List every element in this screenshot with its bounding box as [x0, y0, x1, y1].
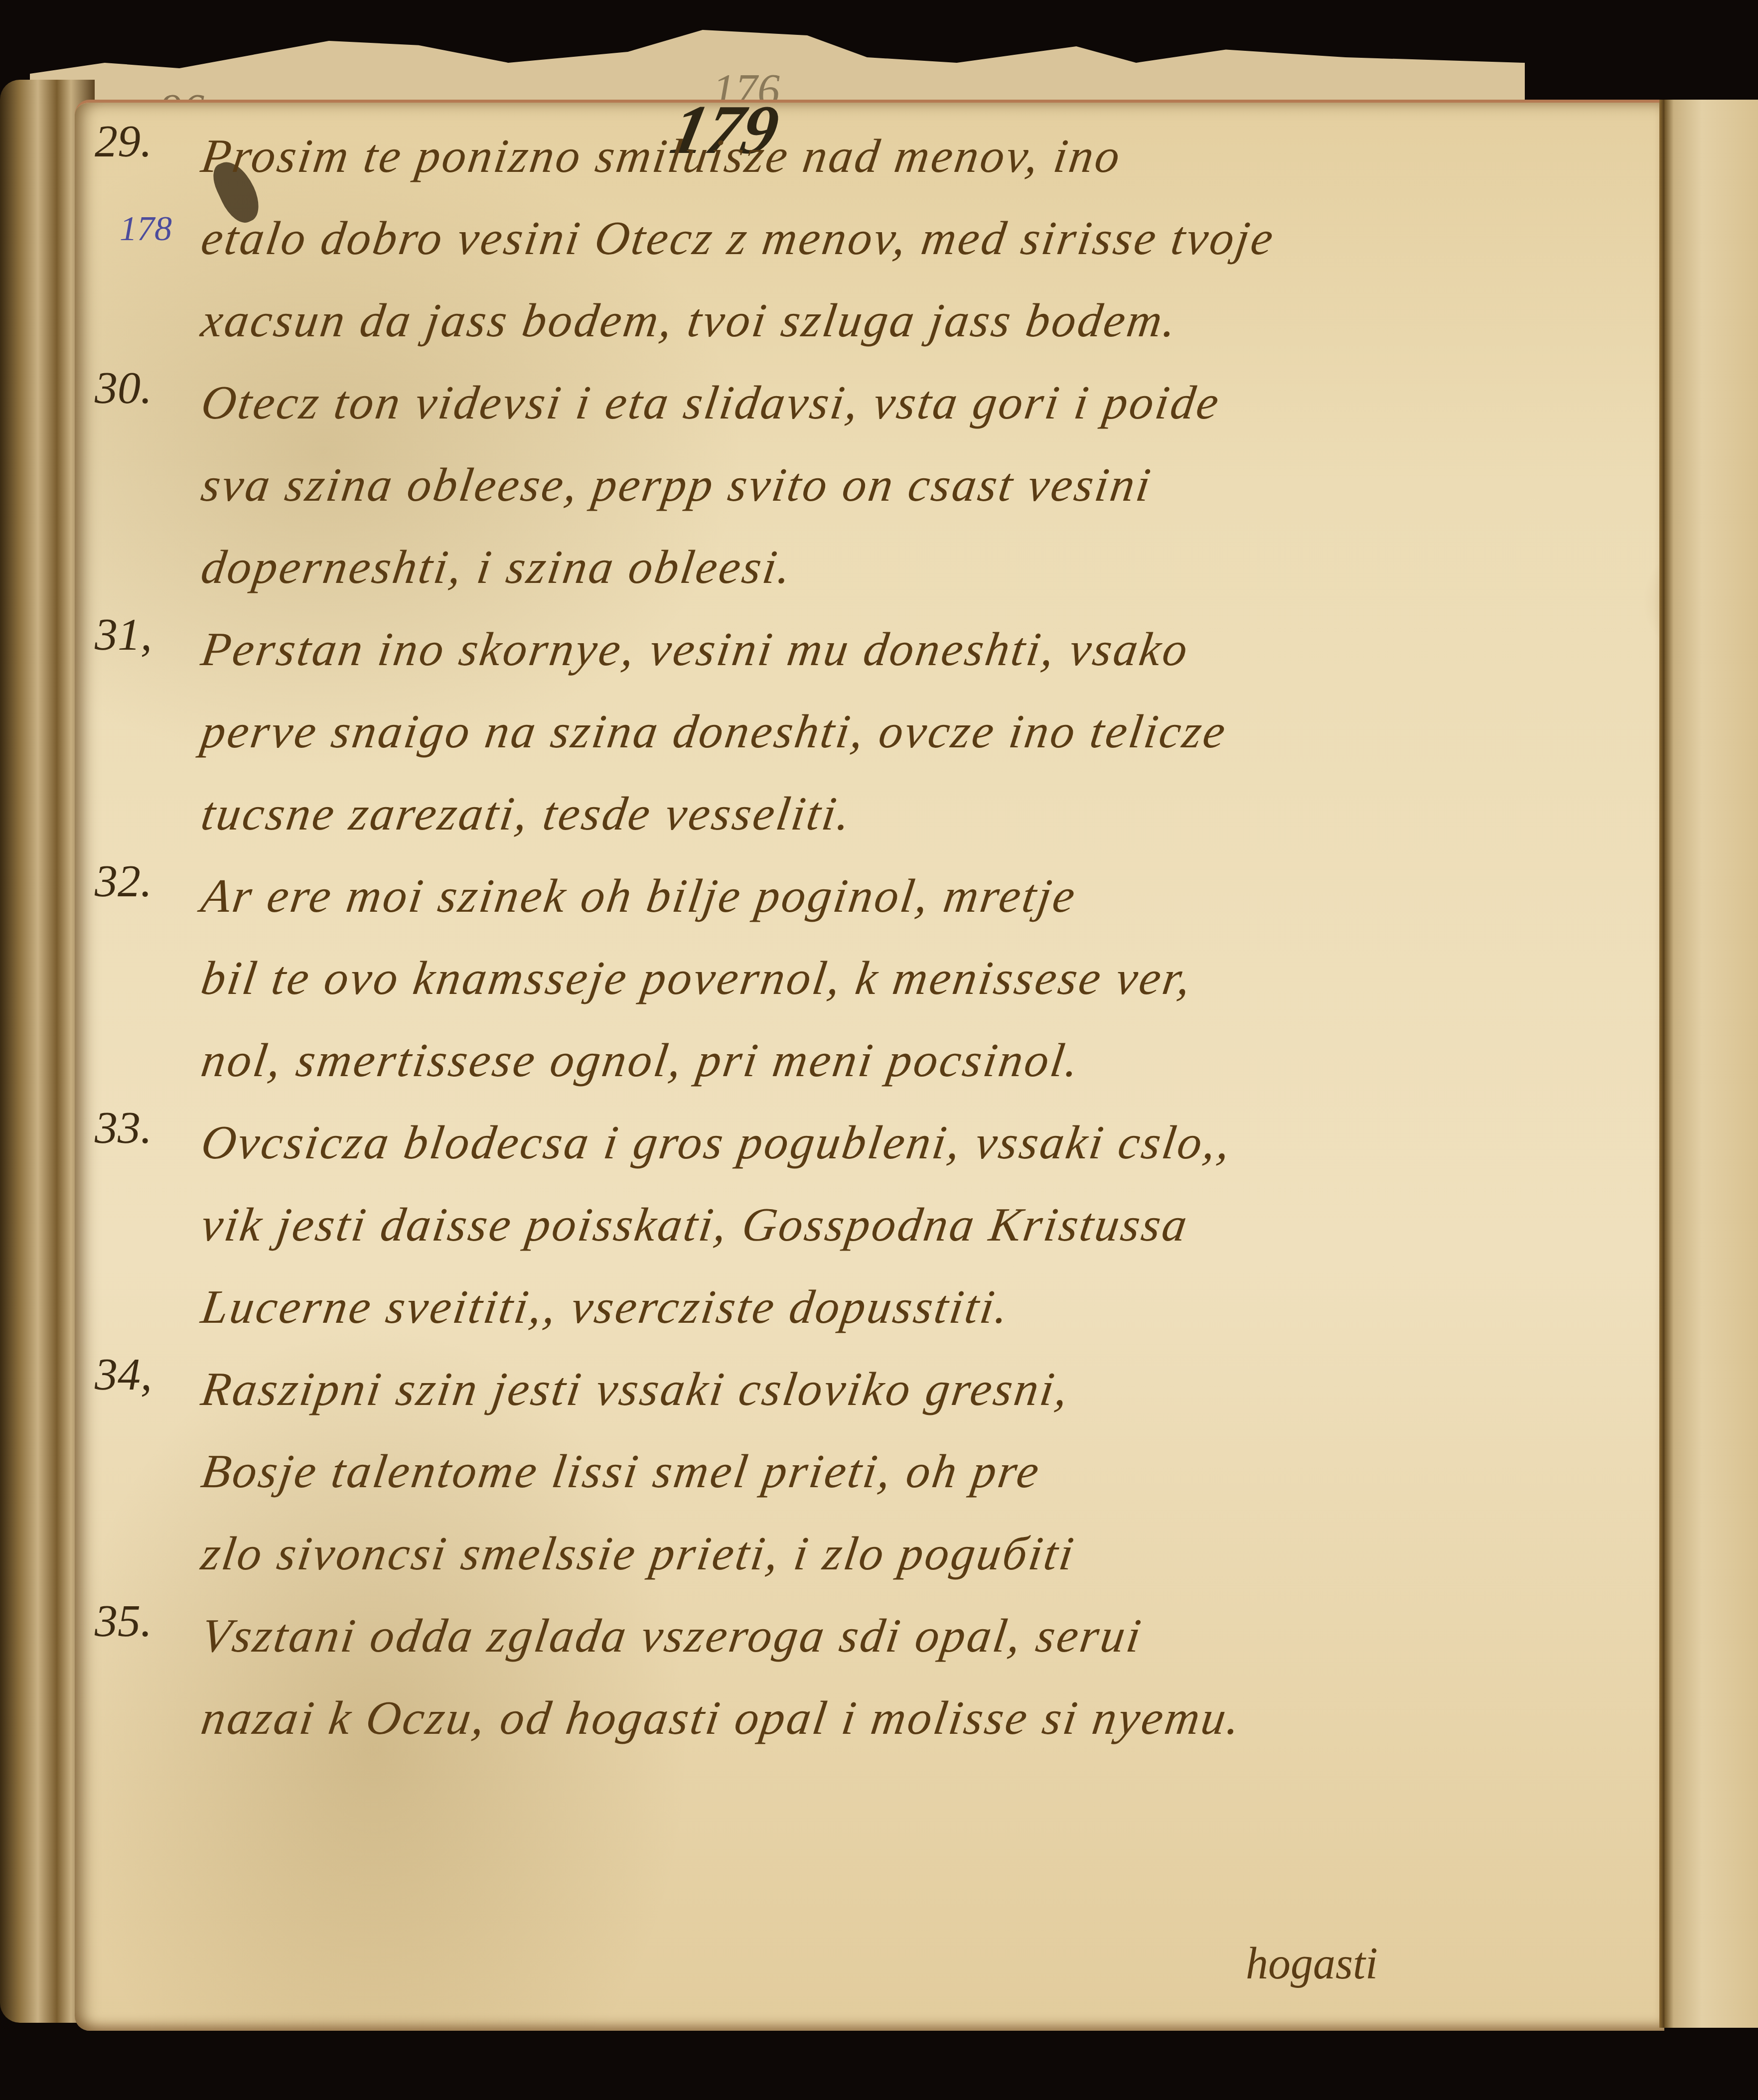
verse-line: perve snaigo na szina doneshti, ovcze in…	[89, 690, 1485, 772]
verse-line: zlo sivoncsi smelssie prieti, i zlo pogu…	[89, 1512, 1485, 1594]
verse-32: 32. Ar ere moi szinek oh bilje poginol, …	[95, 854, 1480, 1101]
verse-line: nazai k Oczu, od hogasti opal i molisse …	[89, 1677, 1485, 1759]
verse-line: Lucerne sveititi,, vsercziste dopusstiti…	[89, 1265, 1485, 1348]
verse-text-block: 29. Prosim te ponizno smiluisze nad meno…	[95, 115, 1480, 1759]
verse-line: Prosim te ponizno smiluisze nad menov, i…	[89, 115, 1485, 197]
verse-33: 33. Ovcsicza blodecsa i gros pogubleni, …	[95, 1101, 1480, 1348]
verse-line: Ar ere moi szinek oh bilje poginol, mret…	[89, 854, 1485, 937]
verse-line: doperneshti, i szina obleesi.	[89, 526, 1485, 608]
verse-31: 31, Perstan ino skornye, vesini mu dones…	[95, 608, 1480, 854]
verse-line: nol, smertissese ognol, pri meni pocsino…	[89, 1019, 1485, 1101]
verse-29: 29. Prosim te ponizno smiluisze nad meno…	[95, 115, 1480, 361]
verse-30: 30. Otecz ton videvsi i eta slidavsi, vs…	[95, 361, 1480, 608]
catchword: hogasti	[1246, 1938, 1378, 1989]
verse-34: 34, Raszipni szin jesti vssaki csloviko …	[95, 1348, 1480, 1594]
verse-line: Vsztani odda zglada vszeroga sdi opal, s…	[89, 1594, 1485, 1677]
adjacent-page	[1664, 100, 1758, 2028]
verse-line: vik jesti daisse poisskati, Gosspodna Kr…	[89, 1183, 1485, 1265]
verse-line: sva szina obleese, perpp svito on csast …	[89, 443, 1485, 526]
verse-line: bil te ovo knamsseje povernol, k menisse…	[89, 937, 1485, 1019]
verse-line: tucsne zarezati, tesde vesseliti.	[89, 772, 1485, 854]
verse-line: etalo dobro vesini Otecz z menov, med si…	[89, 197, 1485, 279]
verse-line: Bosje talentome lissi smel prieti, oh pr…	[89, 1430, 1485, 1512]
verse-line: Ovcsicza blodecsa i gros pogubleni, vssa…	[89, 1101, 1485, 1183]
verse-line: Raszipni szin jesti vssaki csloviko gres…	[89, 1348, 1485, 1430]
verse-line: xacsun da jass bodem, tvoi szluga jass b…	[89, 279, 1485, 361]
verse-35: 35. Vsztani odda zglada vszeroga sdi opa…	[95, 1594, 1480, 1759]
verse-line: Perstan ino skornye, vesini mu doneshti,…	[89, 608, 1485, 690]
verse-line: Otecz ton videvsi i eta slidavsi, vsta g…	[89, 361, 1485, 443]
